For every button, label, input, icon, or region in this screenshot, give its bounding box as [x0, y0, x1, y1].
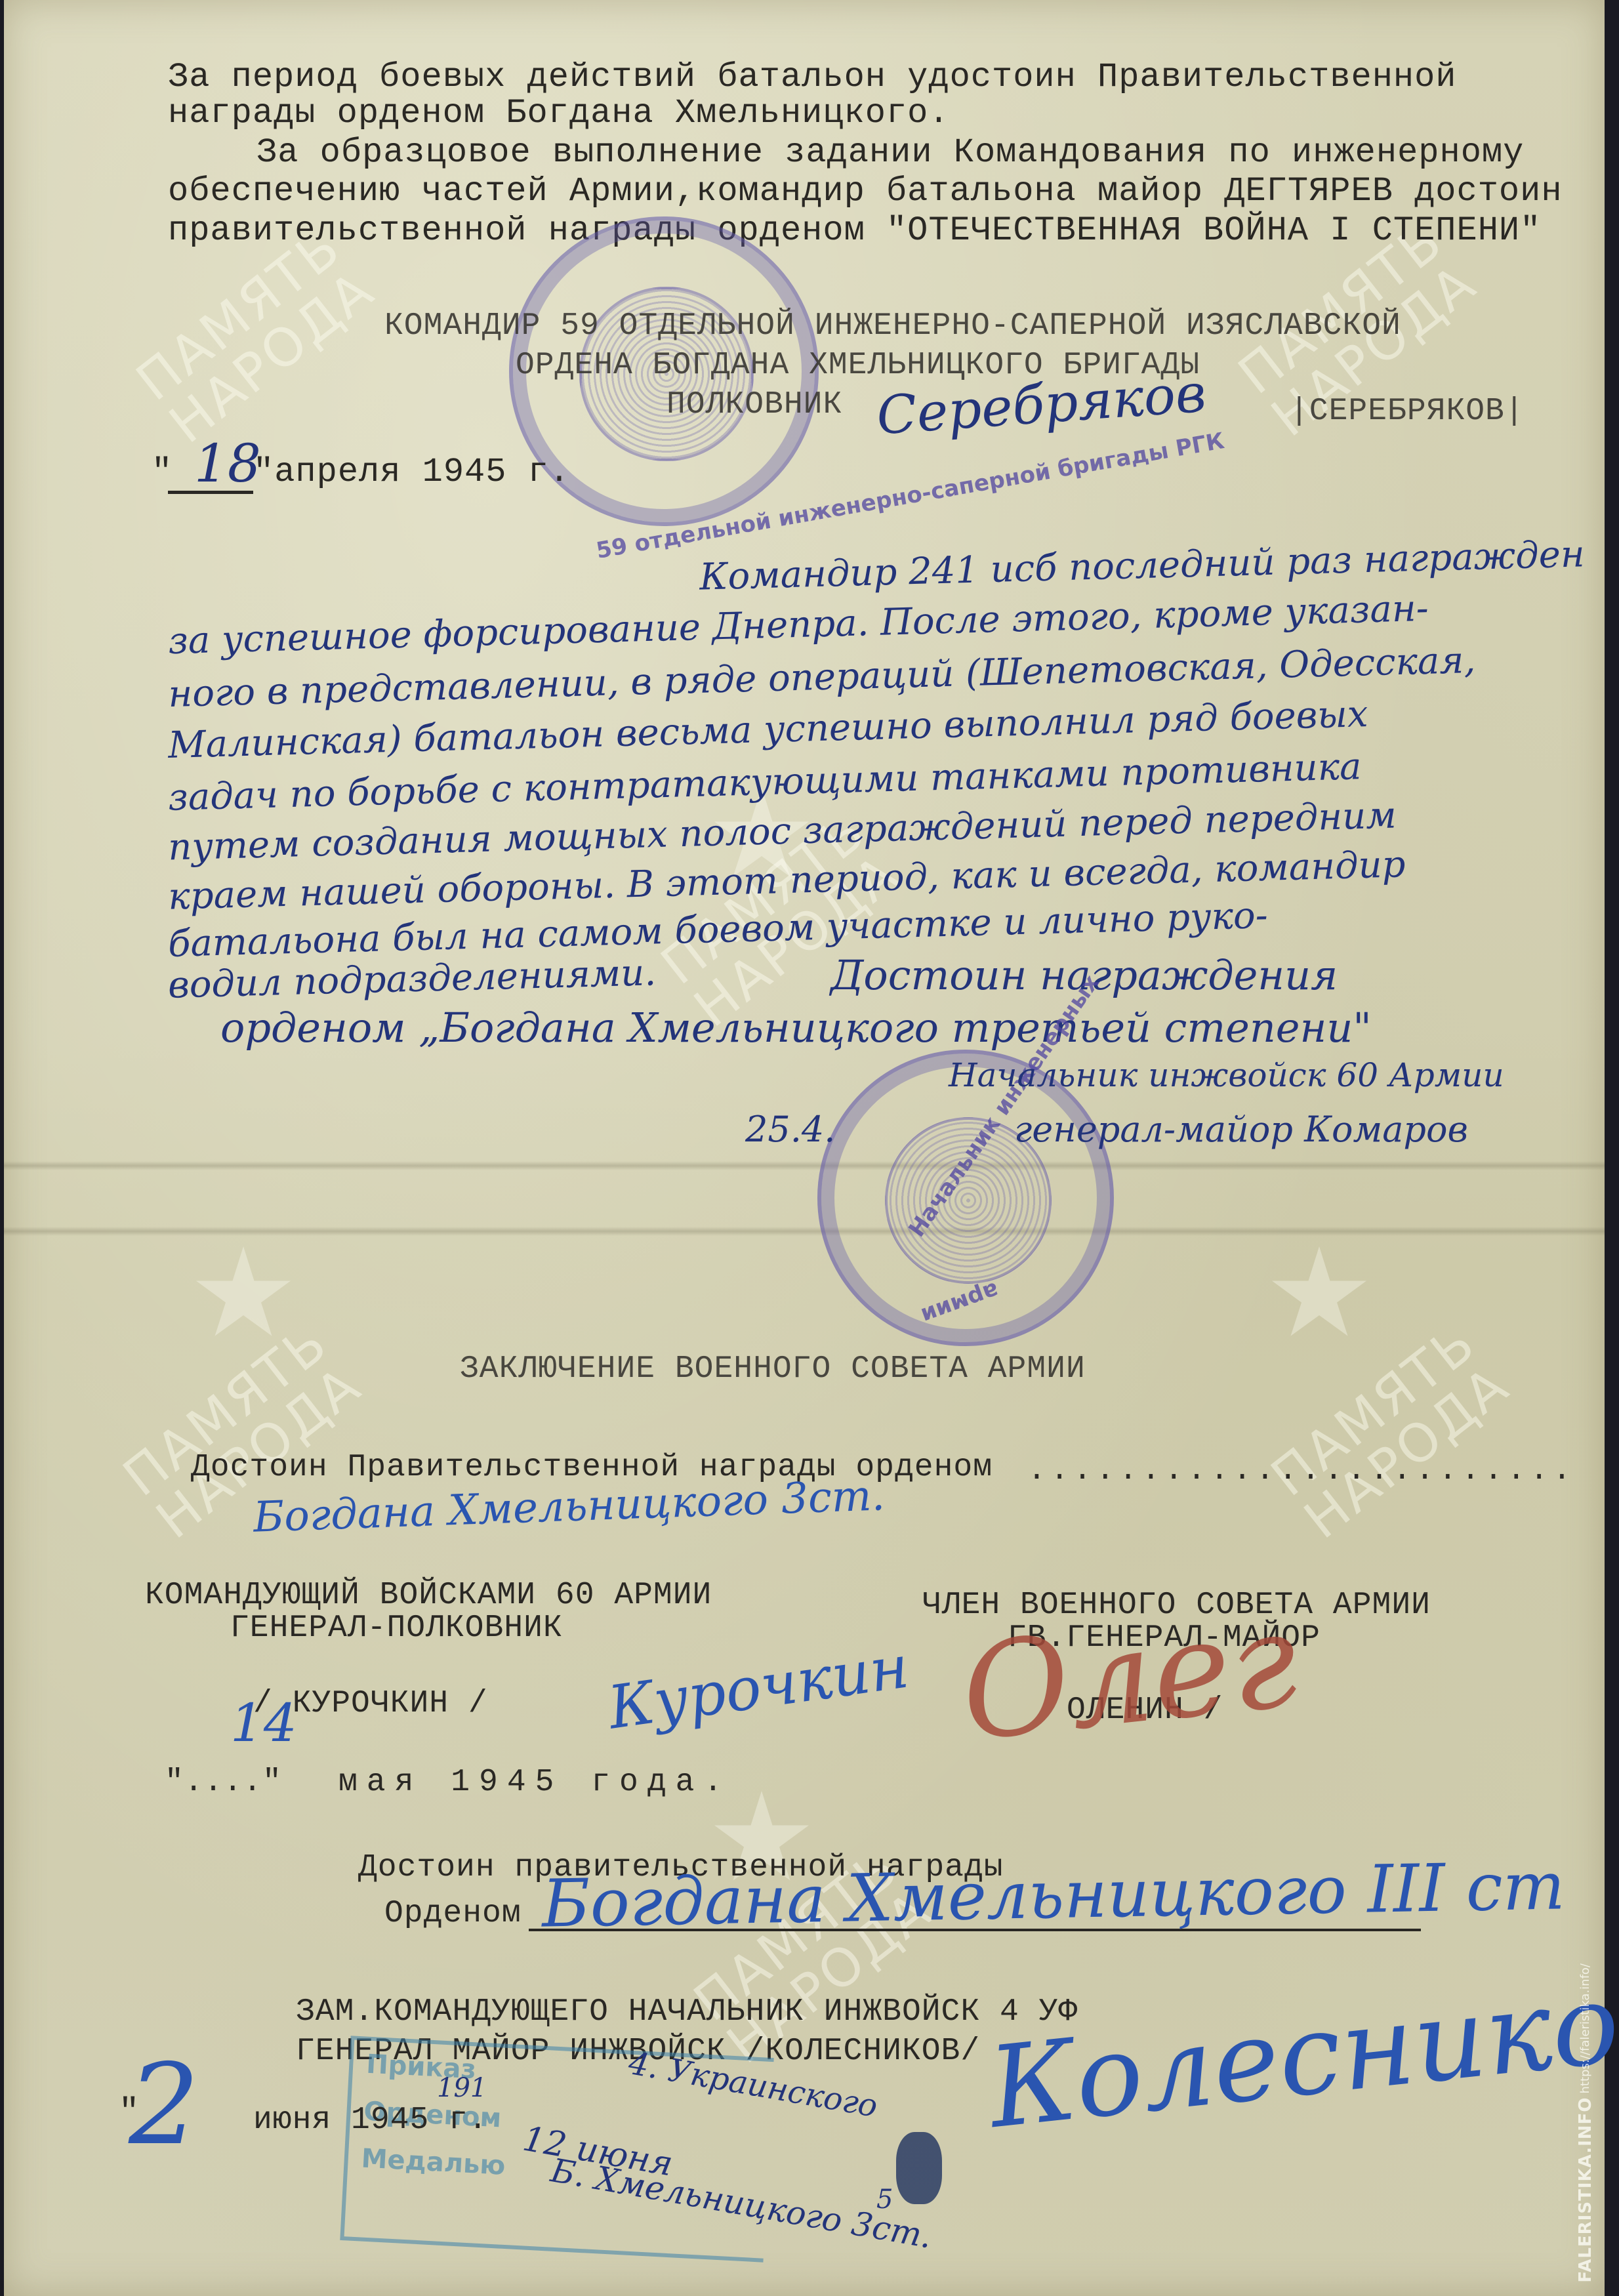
council-date-day: 14 — [230, 1692, 297, 1753]
signer-title: Начальник инжвойск 60 Армии — [949, 1056, 1504, 1094]
front-date-rest: июня 1945 г. — [253, 2102, 488, 2138]
paper-fold — [4, 1161, 1605, 1170]
site-credit: FALERISTIKA.INFO https://faleristika.inf… — [1576, 1963, 1595, 2283]
intro-line: обеспечению частей Армии,командир баталь… — [168, 172, 1563, 211]
paper-fold — [4, 1227, 1605, 1236]
left-signer-rank: ГЕНЕРАЛ-ПОЛКОВНИК — [230, 1610, 563, 1646]
intro-line: За образцовое выполнение задании Командо… — [256, 133, 1524, 172]
intro-line: правительственной награды орденом "ОТЕЧЕ… — [168, 211, 1541, 250]
signer-date: 25.4. — [745, 1109, 835, 1150]
commander-name: |СЕРЕБРЯКОВ| — [1290, 394, 1525, 429]
front-date-day: 2 — [129, 2040, 199, 2170]
commander-title-line: КОМАНДИР 59 ОТДЕЛЬНОЙ ИНЖЕНЕРНО-САПЕРНОЙ… — [384, 308, 1401, 344]
council-date-rest: мая 1945 года. — [338, 1765, 731, 1800]
date-quote: " — [152, 453, 173, 491]
signer-name: генерал-майор Комаров — [1014, 1109, 1468, 1150]
date-month-year: "апреля 1945 г. — [253, 453, 570, 491]
star-watermark-icon — [1270, 1246, 1368, 1345]
intro-line: награды орденом Богдана Хмельницкого. — [168, 94, 950, 133]
note-line: Командир 241 исб последний раз награжден — [699, 533, 1585, 598]
council-heading: ЗАКЛЮЧЕНИЕ ВОЕННОГО СОВЕТА АРМИИ — [460, 1351, 1086, 1387]
note-conclusion: орденом „Богдана Хмельницкого третьей ст… — [220, 1004, 1372, 1052]
front-signature: Колесников — [983, 1952, 1619, 2154]
date-day-handwritten: 18 — [194, 433, 261, 494]
left-signer-title: КОМАНДУЮЩИЙ ВОЙСКАМИ 60 АРМИИ — [145, 1578, 712, 1613]
front-worthy-order-label: Орденом — [384, 1896, 522, 1931]
watermark: ПАМЯТЬНАРОДА — [1262, 1315, 1518, 1548]
watermark: ПАМЯТЬНАРОДА — [127, 219, 383, 452]
document-page: ПАМЯТЬНАРОДА ПАМЯТЬНАРОДА ПАМЯТЬНАРОДА П… — [4, 0, 1605, 2296]
commander-rank: ПОЛКОВНИК — [666, 387, 842, 422]
order-small-number: 5 — [876, 2184, 893, 2215]
council-date-prefix: "...." — [165, 1765, 282, 1800]
council-worthy-dots: ........................ — [1027, 1453, 1575, 1488]
intro-line: За период боевых действий батальон удост… — [168, 58, 1457, 96]
left-signature: Курочкин — [604, 1632, 913, 1742]
front-signer-title: ЗАМ.КОМАНДУЮЩЕГО НАЧАЛЬНИК ИНЖВОЙСК 4 УФ — [296, 1994, 1078, 2030]
order-number: 191 — [437, 2073, 487, 2103]
ink-blot — [896, 2132, 942, 2204]
